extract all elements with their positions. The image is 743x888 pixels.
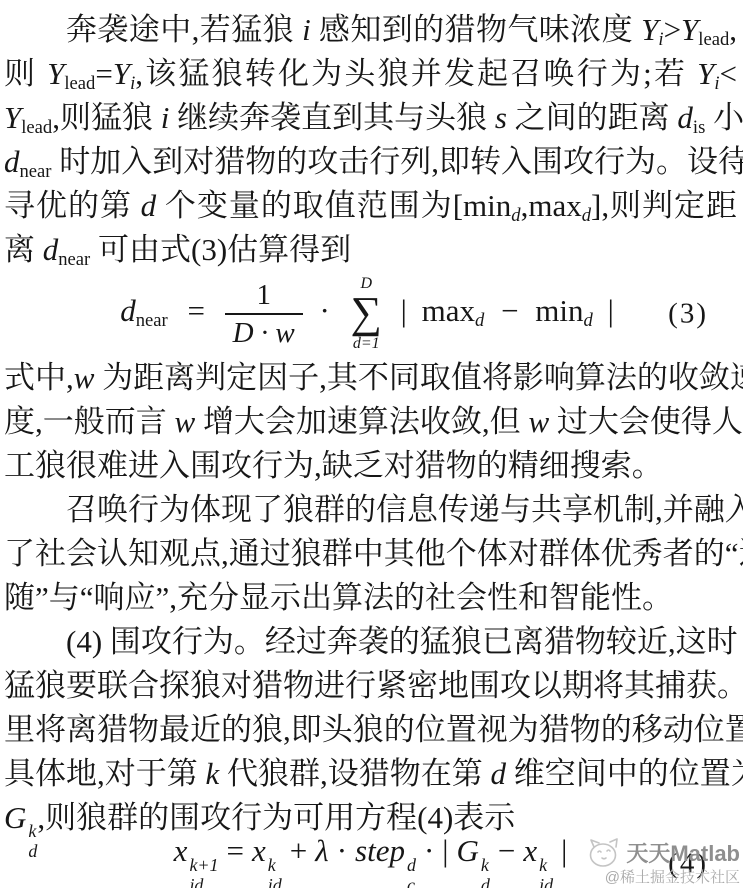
summation: D ∑ d=1 bbox=[351, 276, 382, 351]
math-segment: Gkd bbox=[456, 833, 489, 868]
math-segment: k bbox=[206, 756, 220, 791]
text-line: 具体地,对于第 k 代狼群,设猎物在第 d 维空间中的位置为 bbox=[4, 752, 737, 796]
paragraph-block-1: 奔袭途中,若猛狼 i 感知到的猎物气味浓度 Yi>Ylead,则 Ylead=Y… bbox=[4, 8, 737, 272]
math-segment: Yi bbox=[697, 56, 719, 91]
math-segment: Ylead bbox=[47, 56, 95, 91]
fraction-numerator: 1 bbox=[225, 280, 303, 313]
math-segment: 可由式(3)估算得到 bbox=[90, 232, 351, 267]
text-line: 度,一般而言 w 增大会加速算法收敛,但 w 过大会使得人 bbox=[4, 400, 737, 444]
math-segment: | bbox=[442, 833, 448, 868]
formula-3-lhs-sub: near bbox=[136, 310, 168, 331]
math-segment: | bbox=[561, 833, 567, 868]
math-segment: 小于 bbox=[705, 100, 743, 135]
math-segment: (4) 围攻行为。经过奔袭的猛狼已离猎物较近,这时 bbox=[66, 624, 738, 659]
math-segment: maxd bbox=[528, 188, 591, 223]
math-segment: 了社会认知观点,通过狼群中其他个体对群体优秀者的“追 bbox=[4, 536, 743, 571]
math-segment: 具体地,对于第 bbox=[4, 756, 206, 791]
math-segment: · bbox=[337, 833, 347, 868]
math-segment: mind bbox=[463, 188, 521, 223]
math-segment: ,该猛狼转化为头狼并发起召唤行为;若 bbox=[135, 56, 697, 91]
document-page: 奔袭途中,若猛狼 i 感知到的猎物气味浓度 Yi>Ylead,则 Ylead=Y… bbox=[0, 0, 743, 888]
text-line: 则 Ylead=Yi,该猛狼转化为头狼并发起召唤行为;若 Yi< bbox=[4, 52, 737, 96]
abs-bar: | bbox=[401, 293, 407, 328]
math-segment: Ylead bbox=[4, 100, 52, 135]
math-segment: − bbox=[498, 833, 515, 868]
math-segment: 为距离判定因子,其不同取值将影响算法的收敛速 bbox=[94, 360, 743, 395]
formula-3: dnear = 1 D · w · D ∑ d=1 | maxd − mind … bbox=[4, 272, 737, 356]
math-segment: < bbox=[720, 56, 737, 91]
text-line: 随”与“响应”,充分显示出算法的社会性和智能性。 bbox=[4, 576, 737, 620]
min-term-sub: d bbox=[584, 310, 593, 331]
text-line: dnear 时加入到对猎物的攻击行列,即转入围攻行为。设待 bbox=[4, 140, 737, 184]
math-segment: 猛狼要联合探狼对猎物进行紧密地围攻以期将其捕获。这 bbox=[4, 668, 743, 703]
math-segment: 维空间中的位置为 bbox=[506, 756, 743, 791]
paragraph-block-2: 式中,w 为距离判定因子,其不同取值将影响算法的收敛速度,一般而言 w 增大会加… bbox=[4, 356, 737, 840]
cat-face-icon bbox=[586, 837, 622, 869]
text-line: (4) 围攻行为。经过奔袭的猛狼已离猎物较近,这时 bbox=[4, 620, 737, 664]
equation-number-3: (3) bbox=[668, 298, 708, 331]
text-line: 离 dnear 可由式(3)估算得到 bbox=[4, 228, 737, 272]
math-segment: 随”与“响应”,充分显示出算法的社会性和智能性。 bbox=[4, 580, 673, 615]
math-segment: 个变量的取值范围为[ bbox=[156, 188, 463, 223]
math-segment: 增大会加速算法收敛,但 bbox=[195, 404, 528, 439]
text-line: 里将离猎物最近的狼,即头狼的位置视为猎物的移动位置。 bbox=[4, 708, 737, 752]
math-segment: w bbox=[74, 360, 95, 395]
math-segment: 工狼很难进入围攻行为,缺乏对猎物的精细搜索。 bbox=[4, 448, 663, 483]
math-segment: > bbox=[664, 12, 681, 47]
math-segment: w bbox=[528, 404, 549, 439]
text-line: 了社会认知观点,通过狼群中其他个体对群体优秀者的“追 bbox=[4, 532, 737, 576]
multiply-dot: · bbox=[319, 293, 329, 328]
math-segment: dnear bbox=[4, 144, 52, 179]
formula-4-body: xk+1id=xkid+λ·stepdc·|Gkd−xkid| bbox=[170, 833, 572, 888]
fraction: 1 D · w bbox=[225, 280, 303, 349]
text-line: 寻优的第 d 个变量的取值范围为[mind,maxd],则判定距 bbox=[4, 184, 737, 228]
math-segment: 度,一般而言 bbox=[4, 404, 175, 439]
math-segment: λ bbox=[315, 833, 328, 868]
math-segment: 感知到的猎物气味浓度 bbox=[311, 12, 641, 47]
math-segment: xkid bbox=[523, 833, 553, 868]
math-segment: Yi bbox=[113, 56, 135, 91]
math-segment: ],则判定距 bbox=[591, 188, 737, 223]
watermark-subtitle: @稀土掘金技术社区 bbox=[586, 870, 740, 886]
math-segment: + bbox=[290, 833, 307, 868]
math-segment: 里将离猎物最近的狼,即头狼的位置视为猎物的移动位置。 bbox=[4, 712, 743, 747]
math-segment: , bbox=[729, 12, 737, 47]
math-segment: xk+1id bbox=[174, 833, 219, 868]
sigma-symbol: ∑ bbox=[351, 293, 382, 333]
text-line: 式中,w 为距离判定因子,其不同取值将影响算法的收敛速 bbox=[4, 356, 737, 400]
text-line: 工狼很难进入围攻行为,缺乏对猎物的精细搜索。 bbox=[4, 444, 737, 488]
text-line: 猛狼要联合探狼对猎物进行紧密地围攻以期将其捕获。这 bbox=[4, 664, 737, 708]
math-segment: 之间的距离 bbox=[507, 100, 678, 135]
math-segment: ,则猛狼 bbox=[52, 100, 161, 135]
watermark-title: 天天Matlab bbox=[626, 842, 740, 865]
summation-lower-limit: d=1 bbox=[353, 336, 380, 352]
math-segment: i bbox=[302, 12, 311, 47]
math-segment: Yi bbox=[641, 12, 663, 47]
minus-sign: − bbox=[501, 293, 518, 328]
math-segment: Gkd bbox=[4, 800, 37, 835]
max-term-sub: d bbox=[475, 310, 484, 331]
math-segment: 则 bbox=[4, 56, 47, 91]
min-term: min bbox=[535, 293, 583, 328]
text-line: 奔袭途中,若猛狼 i 感知到的猎物气味浓度 Yi>Ylead, bbox=[4, 8, 737, 52]
text-line: 召唤行为体现了狼群的信息传递与共享机制,并融入 bbox=[4, 488, 737, 532]
math-segment: = bbox=[227, 833, 244, 868]
math-segment: = bbox=[95, 56, 112, 91]
math-segment: Ylead bbox=[681, 12, 729, 47]
math-segment: dis bbox=[677, 100, 705, 135]
math-segment: · bbox=[424, 833, 434, 868]
fraction-denominator: D · w bbox=[225, 313, 303, 348]
math-segment: 奔袭途中,若猛狼 bbox=[66, 12, 302, 47]
math-segment: 代狼群,设猎物在第 bbox=[219, 756, 490, 791]
watermark: 天天Matlab @稀土掘金技术社区 bbox=[586, 837, 740, 886]
math-segment: 寻优的第 bbox=[4, 188, 141, 223]
math-segment: w bbox=[175, 404, 196, 439]
math-segment: s bbox=[495, 100, 507, 135]
math-segment: xkid bbox=[252, 833, 282, 868]
math-segment: 时加入到对猎物的攻击行列,即转入围攻行为。设待 bbox=[52, 144, 743, 179]
math-segment: 召唤行为体现了狼群的信息传递与共享机制,并融入 bbox=[66, 492, 743, 527]
abs-bar: | bbox=[608, 293, 614, 328]
formula-3-body: dnear = 1 D · w · D ∑ d=1 | maxd − mind … bbox=[120, 276, 621, 351]
math-segment: 离 bbox=[4, 232, 43, 267]
math-segment: dnear bbox=[43, 232, 91, 267]
math-segment: ,则狼群的围攻行为可用方程(4)表示 bbox=[37, 800, 515, 835]
max-term: max bbox=[422, 293, 475, 328]
formula-3-lhs: d bbox=[120, 293, 136, 328]
math-segment: 过大会使得人 bbox=[549, 404, 743, 439]
math-segment: d bbox=[141, 188, 157, 223]
math-segment: 式中, bbox=[4, 360, 74, 395]
equals-sign: = bbox=[187, 293, 204, 328]
math-segment: d bbox=[491, 756, 507, 791]
text-line: Ylead,则猛狼 i 继续奔袭直到其与头狼 s 之间的距离 dis 小于 bbox=[4, 96, 737, 140]
math-segment: stepdc bbox=[355, 833, 416, 868]
math-segment: 继续奔袭直到其与头狼 bbox=[169, 100, 495, 135]
